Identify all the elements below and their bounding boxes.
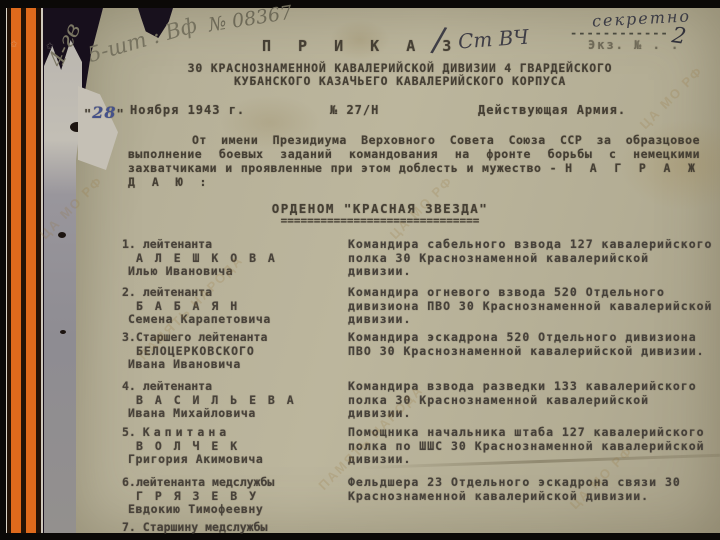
bottom-black-bar: [0, 533, 720, 540]
awardee-position: Командира сабельного взвода 127 кавалери…: [348, 238, 720, 279]
awardee-rank: лейтенанта: [143, 379, 212, 393]
awardee-number: 2.: [122, 285, 136, 299]
awardee-identity: 1. лейтенанта А Л Е Ш К О В А Илью Ивано…: [122, 238, 348, 279]
awardee-given-name: Григория Акимовича: [128, 453, 348, 467]
handwritten-day: 28: [92, 103, 116, 122]
awardee-position: Фельдшера 23 Отдельного эскадрона связи …: [348, 476, 720, 503]
awardee-identity: 7. Старшину медслужбы: [122, 521, 348, 535]
awardee-identity: 4. лейтенанта В А С И Л Ь Е В А Ивана Ми…: [122, 380, 348, 421]
quote-open: ": [84, 107, 92, 121]
unit-line-2: КУБАНСКОГО КАЗАЧЬЕГО КАВАЛЕРИЙСКОГО КОРП…: [234, 74, 566, 88]
awardee-given-name: Илью Ивановича: [128, 265, 348, 279]
awardee-rank: лейтенанта: [143, 285, 212, 299]
awardee-given-name: Ивана Михайловича: [128, 407, 348, 421]
star-watermark-icon: ✩: [46, 38, 54, 53]
handwritten-initials: Ст ВЧ: [457, 25, 529, 54]
awardee-rank-line: 1. лейтенанта: [122, 238, 348, 252]
awardee-number: 5.: [122, 425, 136, 439]
awardee-surname: БЕЛОЦЕРКОВСКОГО: [136, 345, 348, 359]
quote-close: ": [117, 107, 125, 121]
awardee-identity: 3.Старшего лейтенанта БЕЛОЦЕРКОВСКОГО Ив…: [122, 331, 348, 372]
awardee-identity: 6.лейтенанта медслужбы Г Р Я З Е В У Евд…: [122, 476, 348, 517]
awardee-rank-line: 7. Старшину медслужбы: [122, 521, 348, 535]
awardee-position: Командира эскадрона 520 Отдельного дивиз…: [348, 331, 720, 358]
awardee-rank-line: 5. Капитана: [122, 426, 348, 440]
awardee-number: 6.: [122, 475, 136, 489]
st-george-ribbon: [6, 4, 43, 536]
awardee-rank-line: 4. лейтенанта: [122, 380, 348, 394]
top-black-bar: [0, 0, 720, 8]
scanned-document-viewer: секретно ------------ Экз. № . . 2 4-гв …: [0, 0, 720, 540]
awardee-number: 1.: [122, 237, 136, 251]
awardee-surname: Б А Б А Я Н: [136, 300, 348, 314]
awardee-rank: Старшину медслужбы: [143, 520, 268, 534]
ink-speck: [58, 232, 66, 238]
awardee-rank: Капитана: [143, 425, 230, 439]
awardee-number: 3.: [122, 330, 136, 344]
unit-line-1: 30 КРАСНОЗНАМЕННОЙ КАВАЛЕРИЙСКОЙ ДИВИЗИИ…: [188, 61, 613, 75]
awardee-position: Командира взвода разведки 133 кавалерийс…: [348, 380, 720, 421]
location-line: Действующая Армия.: [478, 103, 626, 117]
star-watermark-icon: ✩: [10, 36, 18, 51]
awardee-rank: лейтенанта медслужбы: [136, 475, 274, 489]
award-heading-underline: ==============================: [200, 214, 560, 227]
awardee-given-name: Ивана Ивановича: [128, 358, 348, 372]
awardee-surname: В О Л Ч Е К: [136, 440, 348, 454]
awardee-surname: Г Р Я З Е В У: [136, 490, 348, 504]
awardee-given-name: Семена Карапетовича: [128, 313, 348, 327]
awardee-given-name: Евдокию Тимофеевну: [128, 503, 348, 517]
date-block: "28": [84, 103, 125, 122]
order-number: № 27/Н: [330, 103, 379, 117]
awardee-identity: 5. Капитана В О Л Ч Е К Григория Акимови…: [122, 426, 348, 467]
copy-number-label: Экз. № . .: [588, 38, 680, 52]
awardee-number: 4.: [122, 379, 136, 393]
awardee-number: 7.: [122, 520, 136, 534]
ink-speck: [60, 330, 66, 334]
awardee-identity: 2. лейтенанта Б А Б А Я Н Семена Карапет…: [122, 286, 348, 327]
copy-label-text: Экз. №: [588, 38, 643, 52]
awardee-rank-line: 6.лейтенанта медслужбы: [122, 476, 348, 490]
awardee-rank-line: 2. лейтенанта: [122, 286, 348, 300]
date-month-year: Ноября 1943 г.: [130, 103, 245, 117]
awardee-position: Командира огневого взвода 520 Отдельного…: [348, 286, 720, 327]
awardee-rank: Старшего лейтенанта: [136, 330, 268, 344]
awardee-rank: лейтенанта: [143, 237, 212, 251]
issuing-unit-line: 30 КРАСНОЗНАМЕННОЙ КАВАЛЕРИЙСКОЙ ДИВИЗИИ…: [110, 62, 690, 88]
awardee-surname: А Л Е Ш К О В А: [136, 252, 348, 266]
awardee-rank-line: 3.Старшего лейтенанта: [122, 331, 348, 345]
awardee-position: Помощника начальника штаба 127 кавалерий…: [348, 426, 720, 467]
awardee-surname: В А С И Л Ь Е В А: [136, 394, 348, 408]
preamble-paragraph: От имени Президиума Верховного Совета Со…: [128, 133, 700, 189]
